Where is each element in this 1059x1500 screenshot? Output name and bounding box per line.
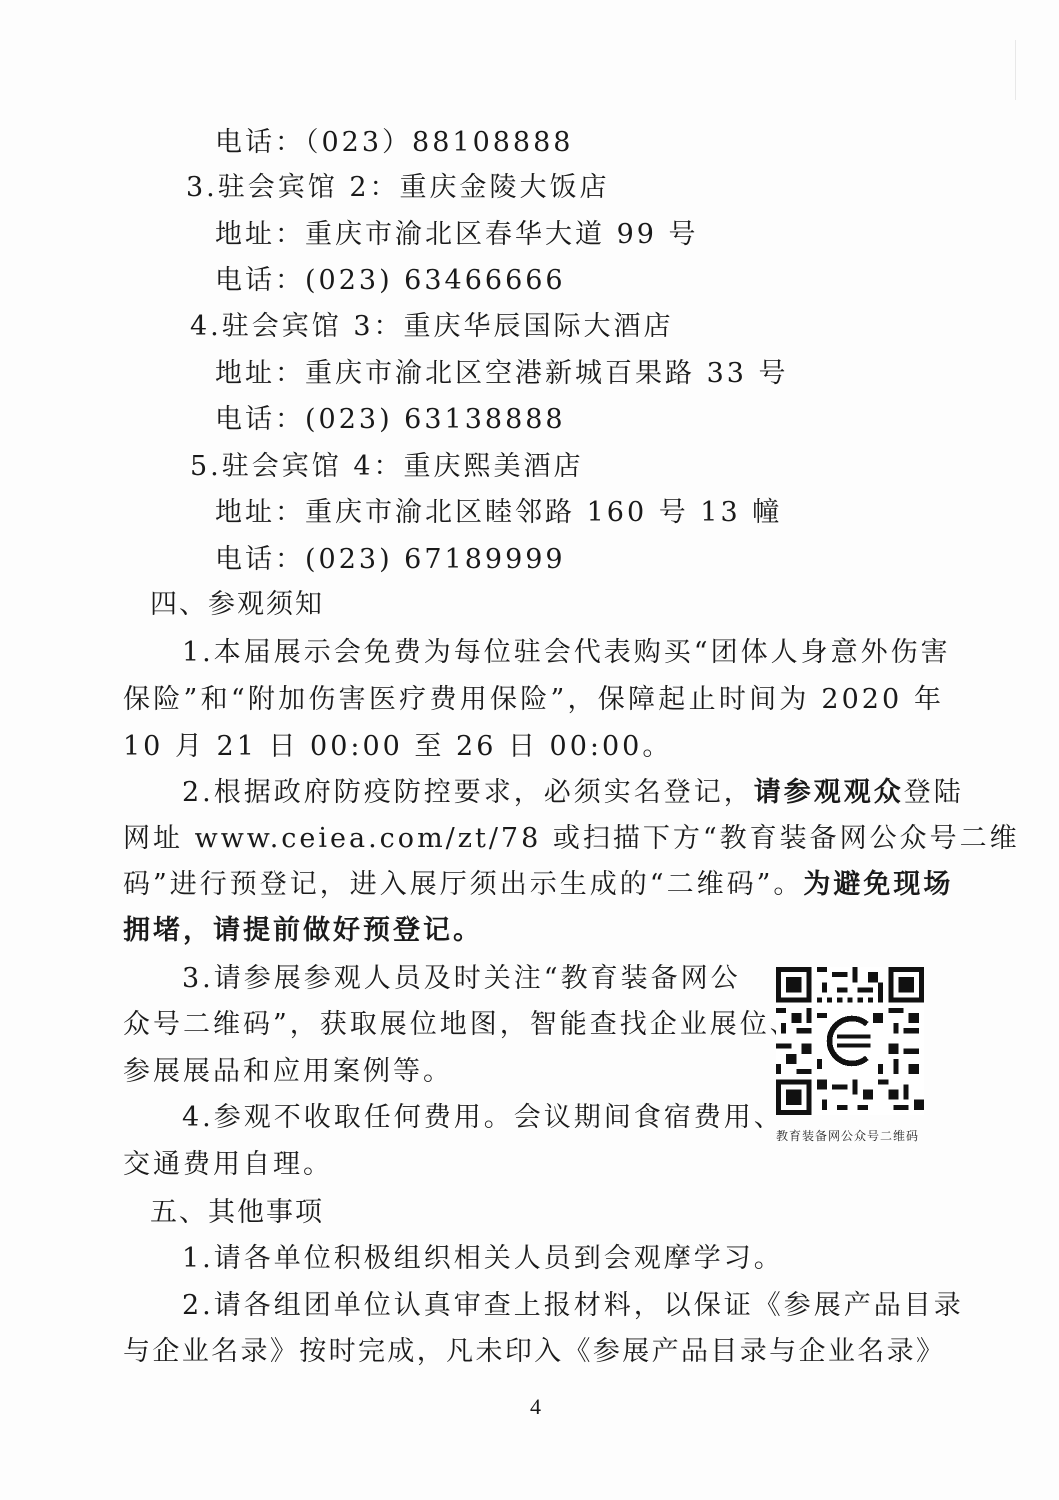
section4-p2-line3: 码”进行预登记，进入展厅须出示生成的“二维码”。 为避免现场 (123, 868, 944, 902)
section4-p4-line1: 4.参观不收取任何费用。会议期间食宿费用、 (182, 1101, 784, 1135)
section4-p3-line2: 众号二维码”，获取展位地图，智能查找企业展位、 (123, 1008, 800, 1042)
hotel3-title: 4.驻会宾馆 3：重庆华辰国际大酒店 (190, 310, 674, 344)
section5-heading: 五、其他事项 (150, 1196, 324, 1230)
hotel3-phone: 电话：(023) 63138888 (215, 403, 566, 437)
p2-line3-normal: 码”进行预登记，进入展厅须出示生成的“二维码”。 (123, 868, 803, 902)
section4-p2-line2: 网址 www.ceiea.com/zt/78 或扫描下方“教育装备网公众号二维 (123, 822, 944, 856)
hotel2-address: 地址：重庆市渝北区春华大道 99 号 (215, 218, 699, 252)
section5-p2-line1: 2.请各组团单位认真审查上报材料，以保证《参展产品目录 (182, 1289, 944, 1323)
document-page: 电话：（023）88108888 3.驻会宾馆 2：重庆金陵大饭店 地址：重庆市… (0, 0, 1059, 1500)
page-number: 4 (530, 1394, 541, 1420)
hotel2-phone: 电话：(023) 63466666 (215, 264, 566, 298)
hotel4-address: 地址：重庆市渝北区睦邻路 160 号 13 幢 (215, 496, 782, 530)
section4-p4-line2: 交通费用自理。 (123, 1148, 333, 1182)
hotel4-phone: 电话：(023) 67189999 (215, 543, 566, 577)
qr-code-icon (776, 967, 924, 1115)
section4-p1-line1: 1.本届展示会免费为每位驻会代表购买“团体人身意外伤害 (182, 636, 944, 670)
hotel4-title: 5.驻会宾馆 4：重庆熙美酒店 (190, 450, 584, 484)
hotel3-address: 地址：重庆市渝北区空港新城百果路 33 号 (215, 357, 789, 391)
p2-line3-bold: 为避免现场 (803, 868, 953, 902)
section4-p1-line2: 保险”和“附加伤害医疗费用保险”，保障起止时间为 2020 年 (123, 683, 944, 717)
section5-p2-line2: 与企业名录》按时完成，凡未印入《参展产品目录与企业名录》 (123, 1335, 944, 1369)
section4-p3-line1: 3.请参展参观人员及时关注“教育装备网公 (182, 962, 741, 996)
registration-url-text: 网址 www.ceiea.com/zt/78 或扫描下方“教育装备网公众号二维 (123, 823, 1020, 854)
p2-line1-normal: 2.根据政府防疫防控要求，必须实名登记， (182, 776, 754, 810)
section5-p1: 1.请各单位积极组织相关人员到会观摩学习。 (182, 1242, 784, 1276)
qr-caption: 教育装备网公众号二维码 (776, 1128, 954, 1144)
section4-heading: 四、参观须知 (150, 588, 324, 622)
hotel1-phone: 电话：（023）88108888 (215, 126, 573, 160)
section4-p1-line3: 10 月 21 日 00:00 至 26 日 00:00。 (123, 730, 672, 764)
p2-line1-tail: 登陆 (904, 776, 964, 810)
section4-p2-line1: 2.根据政府防疫防控要求，必须实名登记， 请参观观众 登陆 (182, 776, 944, 810)
p2-line1-bold: 请参观观众 (754, 776, 904, 810)
section4-p2-line4: 拥堵，请提前做好预登记。 (123, 914, 483, 948)
hotel2-title: 3.驻会宾馆 2：重庆金陵大饭店 (186, 171, 610, 205)
scan-artifact (1015, 40, 1016, 100)
section4-p3-line3: 参展展品和应用案例等。 (123, 1055, 453, 1089)
